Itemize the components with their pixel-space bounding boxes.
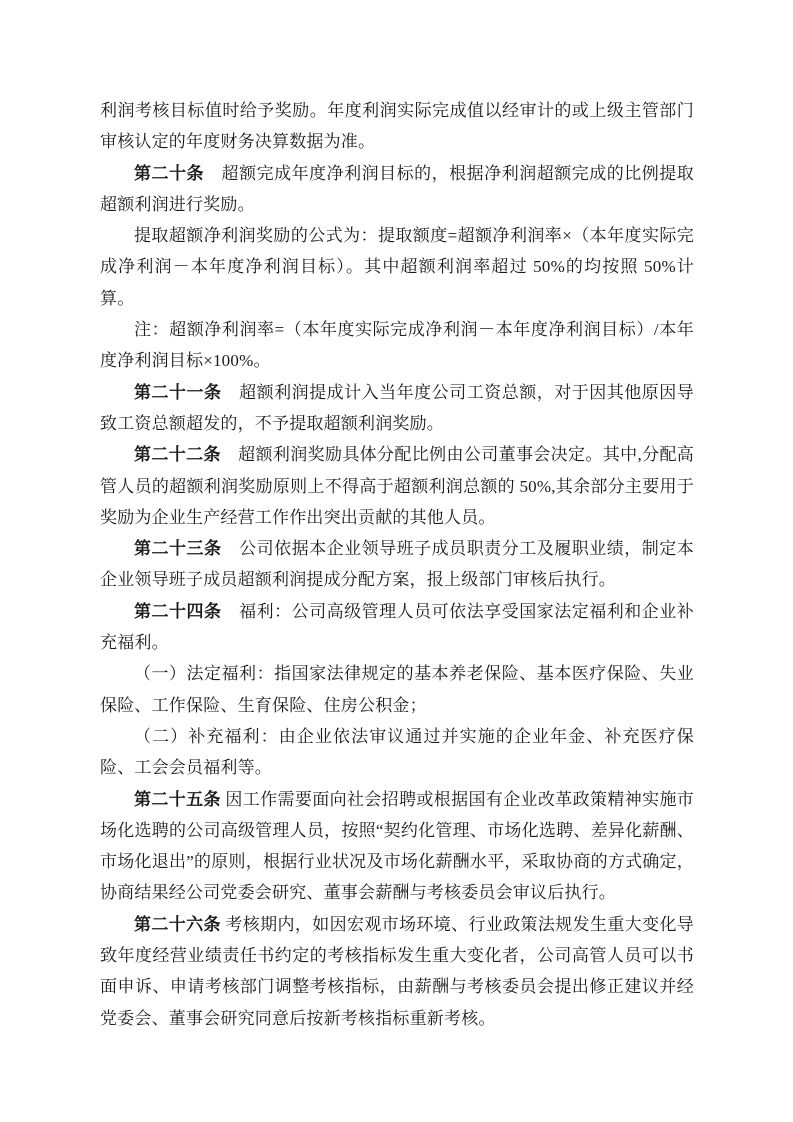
paragraph: 利润考核目标值时给予奖励。年度利润实际完成值以经审计的或上级主管部门审核认定的年… <box>100 95 694 158</box>
article-number: 第二十五条 <box>134 790 221 809</box>
article-number: 第二十二条 <box>134 445 221 464</box>
article-number: 第二十六条 <box>134 915 221 934</box>
paragraph-article-21: 第二十一条 超额利润提成计入当年度公司工资总额，对于因其他原因导致工资总额超发的… <box>100 377 694 440</box>
paragraph-article-23: 第二十三条 公司依据本企业领导班子成员职责分工及履职业绩，制定本企业领导班子成员… <box>100 533 694 596</box>
document-body: 利润考核目标值时给予奖励。年度利润实际完成值以经审计的或上级主管部门审核认定的年… <box>100 95 694 1034</box>
paragraph-statutory-welfare: （一）法定福利：指国家法律规定的基本养老保险、基本医疗保险、失业保险、工作保险、… <box>100 658 694 721</box>
paragraph-article-26: 第二十六条 考核期内，如因宏观市场环境、行业政策法规发生重大变化导致年度经营业绩… <box>100 909 694 1034</box>
document-page: 利润考核目标值时给予奖励。年度利润实际完成值以经审计的或上级主管部门审核认定的年… <box>0 0 793 1122</box>
article-number: 第二十四条 <box>134 602 222 621</box>
paragraph-supplementary-welfare: （二）补充福利：由企业依法审议通过并实施的企业年金、补充医疗保险、工会会员福利等… <box>100 721 694 784</box>
article-number: 第二十一条 <box>134 383 222 402</box>
paragraph-text: 注：超额净利润率=（本年度实际完成净利润－本年度净利润目标）/本年度净利润目标×… <box>100 320 694 370</box>
paragraph-article-20: 第二十条 超额完成年度净利润目标的，根据净利润超额完成的比例提取超额利润进行奖励… <box>100 158 694 221</box>
paragraph-note: 注：超额净利润率=（本年度实际完成净利润－本年度净利润目标）/本年度净利润目标×… <box>100 314 694 377</box>
paragraph-text: 提取超额净利润奖励的公式为：提取额度=超额净利润率×（本年度实际完成净利润－本年… <box>100 226 694 308</box>
paragraph-text: 利润考核目标值时给予奖励。年度利润实际完成值以经审计的或上级主管部门审核认定的年… <box>100 101 694 151</box>
article-number: 第二十条 <box>134 164 204 183</box>
paragraph-text: （一）法定福利：指国家法律规定的基本养老保险、基本医疗保险、失业保险、工作保险、… <box>100 664 694 714</box>
paragraph-article-22: 第二十二条 超额利润奖励具体分配比例由公司董事会决定。其中,分配高管人员的超额利… <box>100 439 694 533</box>
paragraph-article-25: 第二十五条 因工作需要面向社会招聘或根据国有企业改革政策精神实施市场化选聘的公司… <box>100 784 694 909</box>
article-number: 第二十三条 <box>134 539 222 558</box>
paragraph-text: （二）补充福利：由企业依法审议通过并实施的企业年金、补充医疗保险、工会会员福利等… <box>100 727 694 777</box>
paragraph-article-24: 第二十四条 福利：公司高级管理人员可依法享受国家法定福利和企业补充福利。 <box>100 596 694 659</box>
paragraph-formula: 提取超额净利润奖励的公式为：提取额度=超额净利润率×（本年度实际完成净利润－本年… <box>100 220 694 314</box>
